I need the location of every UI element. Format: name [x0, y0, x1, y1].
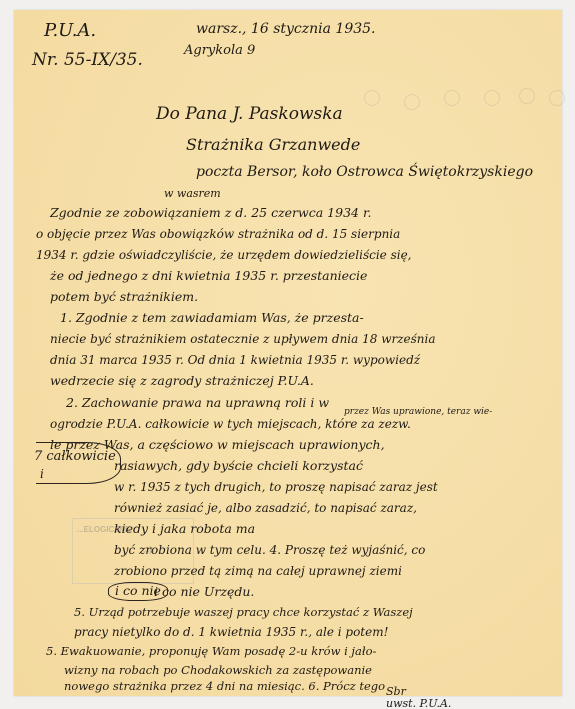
body-line: pracy nietylko do d. 1 kwietnia 1935 r.,… [74, 626, 388, 638]
body-line: w r. 1935 z tych drugich, to proszę napi… [114, 481, 438, 493]
place-date: warsz., 16 stycznia 1935. [196, 22, 376, 36]
body-line: w wasrem [164, 188, 221, 199]
body-line: że od jednego z dni kwietnia 1935 r. prz… [50, 270, 367, 283]
reference-label: P.U.A. [44, 22, 96, 40]
body-line: ogrodzie P.U.A. całkowicie w tych miejsc… [50, 418, 411, 430]
sender-address: Agrykola 9 [184, 44, 255, 57]
margin-note-text: i [40, 468, 44, 480]
body-line: 1934 r. gdzie oświadczyliście, że urzęde… [36, 249, 412, 261]
body-line: również zasiać je, albo zasadzić, to nap… [114, 502, 417, 514]
body-line: i co nie Urzędu. [154, 586, 254, 599]
recipient-line-2: Strażnika Grzanwede [186, 137, 360, 153]
body-line: o objęcie przez Was obowiązków strażnika… [36, 228, 400, 240]
margin-note-text: 7 całkowicie [34, 450, 116, 463]
body-line: 5. Ewakuowanie, proponuję Wam posadę 2-u… [46, 646, 376, 658]
body-line: być zrobiona w tym celu. 4. Proszę też w… [114, 544, 425, 556]
document-page: ...ELOGICZNE ...j; P.U.A. Nr. 55-IX/35. … [14, 10, 562, 696]
body-line: 1. Zgodnie z tem zawiadamiam Was, że prz… [60, 312, 364, 325]
circled-note: i co nie [108, 582, 168, 601]
signature-initials: Sbr [386, 686, 406, 697]
reference-number: Nr. 55-IX/35. [32, 52, 143, 69]
body-line: zrobiono przed tą zimą na całej uprawnej… [114, 565, 402, 577]
body-line: wedrzecie się z zagrody strażniczej P.U.… [50, 375, 314, 388]
body-line: 5. Urząd potrzebuje waszej pracy chce ko… [74, 607, 413, 619]
body-line: 2. Zachowanie prawa na uprawną roli i w [66, 397, 329, 410]
recipient-line-1: Do Pana J. Paskowska [156, 106, 343, 123]
body-line: potem być strażnikiem. [50, 291, 198, 304]
bleed-through-table [344, 50, 564, 180]
recipient-line-3: poczta Bersor, koło Ostrowca Świętokrzys… [196, 165, 533, 179]
body-line: nowego strażnika przez 4 dni na miesiąc.… [64, 681, 385, 693]
body-line: Zgodnie ze zobowiązaniem z d. 25 czerwca… [50, 207, 372, 220]
body-line: przez Was uprawione, teraz wie- [344, 408, 492, 417]
signature-line: uwst. P.U.A. [386, 698, 451, 709]
body-line: dnia 31 marca 1935 r. Od dnia 1 kwietnia… [50, 354, 420, 366]
body-line: rasiawych, gdy byście chcieli korzystać [114, 460, 363, 473]
body-line: kiedy i jaka robota ma [114, 523, 255, 536]
body-line: niecie być strażnikiem ostatecznie z upł… [50, 333, 436, 345]
body-line: wizny na robach po Chodakowskich za zast… [64, 665, 372, 677]
